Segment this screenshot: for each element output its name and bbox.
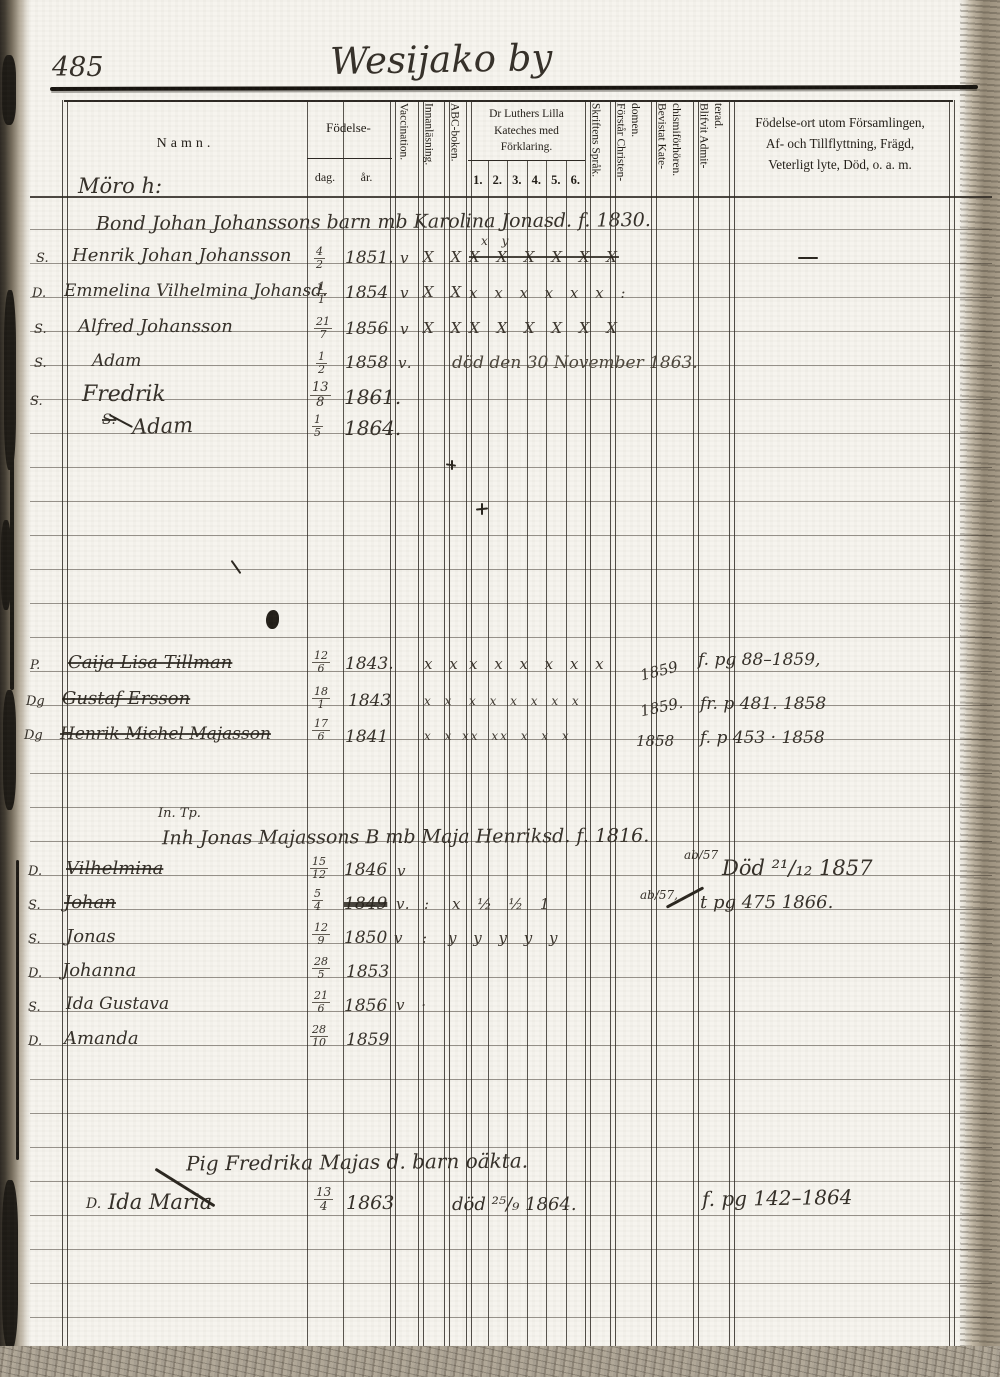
row-name: Ida Gustava <box>66 994 169 1014</box>
marks-superscript: x y <box>481 234 510 248</box>
kateches-line-5 <box>566 160 567 1346</box>
header-innanlasning: Innanläsning. <box>421 103 444 195</box>
kateches-col-5: 5. <box>546 173 566 188</box>
marks-kateches: X X X X X X <box>469 248 619 266</box>
kateches-col-6: 6. <box>566 173 586 188</box>
migration-note: f. p 453 · 1858 <box>700 728 825 748</box>
birth-day-fraction: 176 <box>312 718 330 742</box>
row-name-struck: Gustaf Ersson <box>62 688 190 709</box>
row-prefix: D. <box>28 864 42 879</box>
ink-blot <box>266 610 279 629</box>
family2-title: Inh Jonas Majassons B mb Maja Henriksd. … <box>162 825 649 850</box>
header-namn: Namn. <box>64 136 307 152</box>
birth-year: 1851. <box>345 248 394 268</box>
margin-note: ab/57, <box>640 888 678 902</box>
marks-kateches: xx xx x x x <box>462 729 571 743</box>
death-note: Död ²¹∕₁₂ 1857 <box>722 856 872 880</box>
row-prefix: S. <box>28 932 41 947</box>
marks-reading: x x <box>424 694 453 708</box>
birth-year: 1846 <box>344 860 387 880</box>
header-fodelse: Födelse- <box>307 120 390 136</box>
row-name: Adam <box>132 413 194 439</box>
scan-background-bottom <box>0 1346 1000 1377</box>
birth-year: 1843. <box>345 654 394 674</box>
col-line-blifvit-right <box>729 100 735 1346</box>
header-ar: år. <box>343 170 390 185</box>
birth-day-fraction: 15 <box>312 414 323 438</box>
birth-day-fraction: 11 <box>316 281 327 305</box>
kateches-col-2: 2. <box>488 173 508 188</box>
marks-kateches: x x x x x x <box>469 655 606 673</box>
marks-reading: x x <box>424 729 453 743</box>
birth-day-fraction: 54 <box>312 888 323 912</box>
mark-vaccination: v <box>400 320 410 338</box>
table-top-border <box>64 100 953 102</box>
row-prefix: S. <box>28 898 41 913</box>
migration-note: f. pg 88–1859, <box>698 650 820 670</box>
birth-year: 1853 <box>346 962 389 982</box>
birth-day-fraction: 42 <box>314 246 325 270</box>
row-prefix: Dg <box>24 728 43 743</box>
row-name: Henrik Johan Johansson <box>72 245 292 266</box>
birth-year: 1856 <box>345 319 388 339</box>
marks-kateches: x x x x x x <box>469 694 581 708</box>
marks-reading: x x <box>424 655 460 673</box>
birth-year: 1854 <box>345 283 388 303</box>
header-kateches: Dr Luthers Lilla Kateches med Förklaring… <box>468 106 585 156</box>
birth-day-fraction: 126 <box>312 650 330 674</box>
row-prefix: S. <box>28 1000 41 1015</box>
row-prefix: D. <box>32 286 46 301</box>
header-skriftens-sprak: Skriftens Språk. <box>588 103 608 195</box>
col-line-bevistat-right <box>693 100 699 1346</box>
row-prefix: S. <box>34 322 47 337</box>
birth-year: 1843 <box>348 691 391 711</box>
birth-day-fraction: 134 <box>314 1186 333 1212</box>
fodelse-divider <box>307 158 392 159</box>
birth-day-fraction: 138 <box>310 381 331 409</box>
marks-reading: X X <box>423 319 463 337</box>
header-vaccination: Vaccination. <box>396 103 418 195</box>
ink-mark <box>481 503 483 515</box>
header-abc-boken: ABC-boken. <box>447 103 466 195</box>
row-name-struck: Johan <box>64 892 116 913</box>
mark-vaccination: v <box>394 929 404 947</box>
title-underline <box>50 85 978 91</box>
birth-year: 1859 <box>346 1030 389 1050</box>
ink-dash <box>798 257 818 259</box>
kateches-col-3: 3. <box>507 173 527 188</box>
row-prefix: Dg <box>26 694 45 709</box>
row-name: Alfred Johansson <box>78 316 233 337</box>
birth-day-fraction: 129 <box>312 922 330 946</box>
row-prefix: D. <box>28 966 42 981</box>
birth-day-fraction: 12 <box>316 351 327 375</box>
table-border-right <box>949 100 955 1346</box>
admitted-year: 1858 <box>636 732 674 750</box>
row-prefix: P. <box>30 658 40 673</box>
row-name-struck: Caija Lisa Tillman <box>68 652 232 673</box>
mark-vaccination: v <box>400 284 410 302</box>
mark-vaccination: v <box>397 862 407 880</box>
death-note: död den 30 November 1863. <box>452 353 698 373</box>
birth-year-struck: 1849 <box>344 894 387 914</box>
page-number: 485 <box>52 52 104 83</box>
marks-kateches: x ½ ½ 1 <box>452 895 551 913</box>
row-name: Amanda <box>64 1028 139 1049</box>
family3-title: Pig Fredrika Majas d. barn oäkta. <box>186 1149 528 1176</box>
header-bevistat-katechismforhoren: Bevistat Kate- chismiförhören. <box>654 103 691 195</box>
row-prefix: S. <box>36 251 49 266</box>
kateches-line-4 <box>546 160 547 1346</box>
birth-day-fraction: 217 <box>314 316 332 340</box>
kateches-col-4: 4. <box>527 173 547 188</box>
death-note: död ²⁵∕₉ 1864. <box>452 1194 577 1215</box>
row-name: Adam <box>92 351 141 371</box>
birth-year: 1861. <box>344 385 401 409</box>
row-prefix: S. <box>30 394 43 409</box>
mark-vaccination: v. <box>396 895 411 913</box>
row-prefix: S. <box>34 356 47 371</box>
binding-edge <box>0 0 30 1377</box>
birth-year: 1864. <box>344 416 401 440</box>
row-name: Fredrik <box>82 382 166 407</box>
birth-day-fraction: 216 <box>312 990 330 1014</box>
row-name: Emmelina Vilhelmina Johansd. <box>64 281 328 301</box>
header-kateches-numbers: 1. 2. 3. 4. 5. 6. <box>468 173 585 188</box>
birth-day-fraction: 285 <box>312 956 330 980</box>
header-notes-column: Födelse-ort utom Församlingen, Af- och T… <box>731 112 949 175</box>
birth-day-fraction: 2810 <box>310 1024 328 1048</box>
birth-day-fraction: 1512 <box>310 856 328 880</box>
birth-year: 1863 <box>346 1192 394 1214</box>
marks-kateches: x x x x x x : <box>469 284 627 302</box>
farm-heading: Möro h: <box>78 174 162 198</box>
migration-note: fr. p 481. 1858 <box>700 694 826 714</box>
birth-year: 1841 <box>345 727 388 747</box>
marks-reading: X X <box>423 283 463 301</box>
mark-vaccination: v · <box>396 996 428 1014</box>
col-line-forstar-right <box>651 100 657 1346</box>
marks-kateches: X X X X X X <box>469 319 619 337</box>
kateches-col-1: 1. <box>468 173 488 188</box>
migration-note: t pg 475 1866. <box>700 892 833 913</box>
mark-vaccination: v <box>400 249 410 267</box>
page-title: Wesijako by <box>330 36 553 83</box>
margin-note: ab/57 <box>684 848 718 862</box>
header-dag: dag. <box>307 170 343 185</box>
marks-reading: : <box>422 929 429 947</box>
birth-year: 1858 <box>345 353 388 373</box>
row-name-struck: Henrik Michel Majasson <box>60 724 271 744</box>
ink-mark <box>451 460 453 470</box>
row-name: Jonas <box>66 926 116 947</box>
birth-day-fraction: 181 <box>312 686 330 710</box>
birth-year: 1850 <box>344 928 387 948</box>
row-name-struck: Vilhelmina <box>66 858 163 879</box>
marks-kateches: y y y y y <box>448 929 559 947</box>
family2-prenote: In. Tp. <box>158 806 201 821</box>
row-prefix: D. <box>28 1034 42 1049</box>
row-name: Johanna <box>62 960 136 981</box>
header-blifvit-admitterad: Blifvit Admit- terad. <box>696 103 727 195</box>
family1-title: Bond Johan Johanssons barn mb Karolina J… <box>96 209 651 235</box>
marks-reading: : <box>424 895 431 913</box>
migration-note: f. pg 142–1864 <box>702 1185 853 1211</box>
header-forstar-christendomen: Förstår Christen- domen. <box>613 103 649 195</box>
mark-vaccination: v. <box>398 354 413 372</box>
birth-year: 1856 <box>344 996 387 1016</box>
row-prefix: D. <box>86 1196 101 1212</box>
marks-reading: X X <box>423 248 463 266</box>
scanned-page: 485 Wesijako by Namn. Födelse- dag. år. … <box>0 0 1000 1377</box>
